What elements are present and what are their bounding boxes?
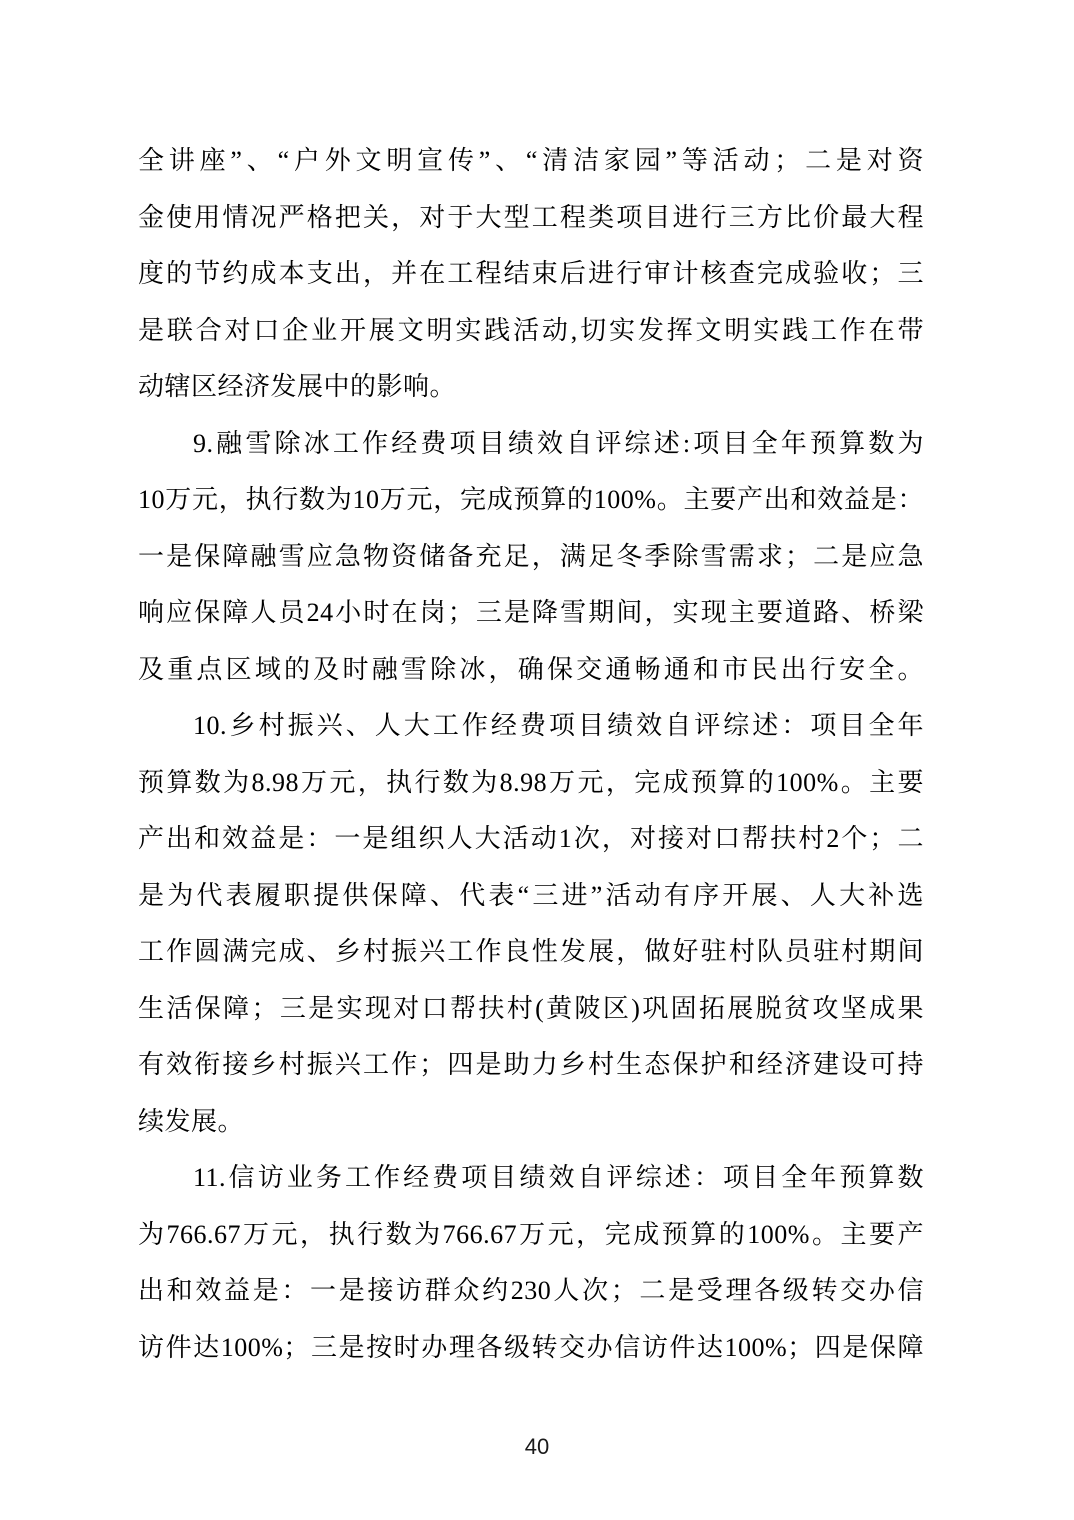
paragraph-item-10-rural-revitalization: 10.乡村振兴、人大工作经费项目绩效自评综述：项目全年 预算数为8.98万元，执… — [138, 698, 924, 1150]
text-line: 产出和效益是：一是组织人大活动1次，对接对口帮扶村2个；二 — [138, 811, 924, 868]
document-page: 全讲座”、“户外文明宣传”、“清洁家园”等活动；二是对资 金使用情况严格把关，对… — [0, 0, 1074, 1520]
text-line: 续发展。 — [138, 1094, 924, 1151]
text-line: 11.信访业务工作经费项目绩效自评综述：项目全年预算数 — [138, 1150, 924, 1207]
paragraph-continuation: 全讲座”、“户外文明宣传”、“清洁家园”等活动；二是对资 金使用情况严格把关，对… — [138, 133, 924, 416]
text-line: 预算数为8.98万元，执行数为8.98万元，完成预算的100%。主要 — [138, 755, 924, 812]
text-line: 及重点区域的及时融雪除冰，确保交通畅通和市民出行安全。 — [138, 642, 924, 699]
page-number: 40 — [0, 1432, 1074, 1462]
text-line: 一是保障融雪应急物资储备充足，满足冬季除雪需求；二是应急 — [138, 529, 924, 586]
text-line: 访件达100%；三是按时办理各级转交办信访件达100%；四是保障 — [138, 1320, 924, 1377]
text-line: 出和效益是：一是接访群众约230人次；二是受理各级转交办信 — [138, 1263, 924, 1320]
text-line: 10.乡村振兴、人大工作经费项目绩效自评综述：项目全年 — [138, 698, 924, 755]
text-line: 9.融雪除冰工作经费项目绩效自评综述:项目全年预算数为 — [138, 416, 924, 473]
text-line: 10万元，执行数为10万元，完成预算的100%。主要产出和效益是： — [138, 472, 924, 529]
text-line: 是为代表履职提供保障、代表“三进”活动有序开展、人大补选 — [138, 868, 924, 925]
text-line: 工作圆满完成、乡村振兴工作良性发展，做好驻村队员驻村期间 — [138, 924, 924, 981]
text-line: 金使用情况严格把关，对于大型工程类项目进行三方比价最大程 — [138, 190, 924, 247]
text-line: 度的节约成本支出，并在工程结束后进行审计核查完成验收；三 — [138, 246, 924, 303]
text-line: 是联合对口企业开展文明实践活动,切实发挥文明实践工作在带 — [138, 303, 924, 360]
paragraph-item-11-petition-work: 11.信访业务工作经费项目绩效自评综述：项目全年预算数 为766.67万元，执行… — [138, 1150, 924, 1376]
text-line: 动辖区经济发展中的影响。 — [138, 359, 924, 416]
text-line: 为766.67万元，执行数为766.67万元，完成预算的100%。主要产 — [138, 1207, 924, 1264]
text-line: 响应保障人员24小时在岗；三是降雪期间，实现主要道路、桥梁 — [138, 585, 924, 642]
text-line: 有效衔接乡村振兴工作；四是助力乡村生态保护和经济建设可持 — [138, 1037, 924, 1094]
text-line: 全讲座”、“户外文明宣传”、“清洁家园”等活动；二是对资 — [138, 133, 924, 190]
text-column: 全讲座”、“户外文明宣传”、“清洁家园”等活动；二是对资 金使用情况严格把关，对… — [138, 133, 924, 1376]
paragraph-item-9-snow-removal: 9.融雪除冰工作经费项目绩效自评综述:项目全年预算数为 10万元，执行数为10万… — [138, 416, 924, 699]
text-line: 生活保障；三是实现对口帮扶村(黄陂区)巩固拓展脱贫攻坚成果 — [138, 981, 924, 1038]
